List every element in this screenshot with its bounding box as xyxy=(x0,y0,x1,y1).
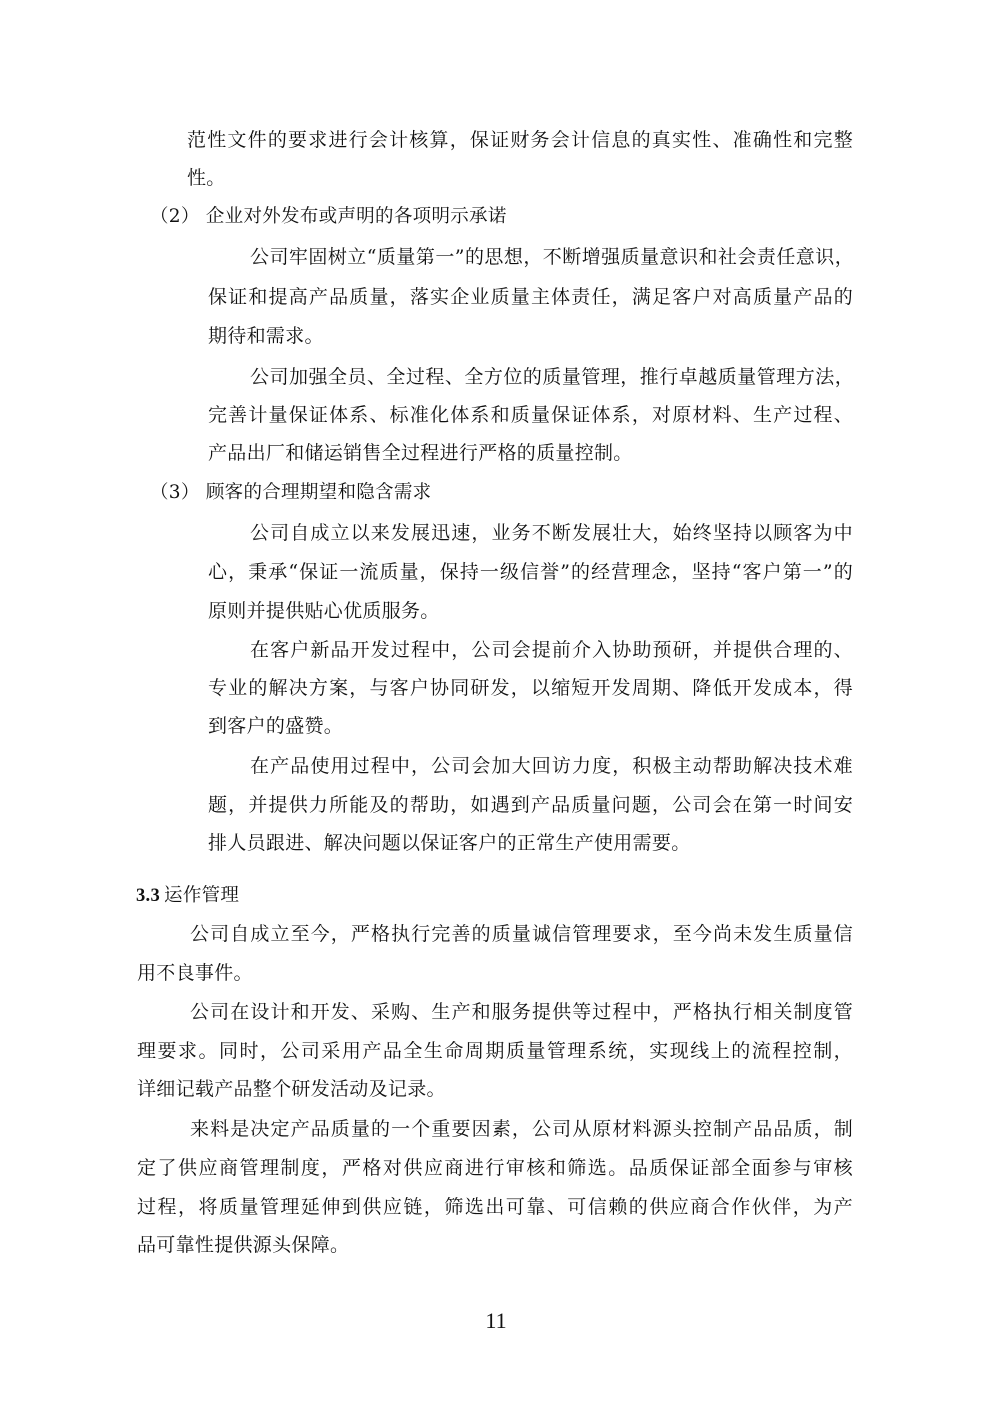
paragraph-line: 公司在设计和开发、采购、生产和服务提供等过程中，严格执行相关制度管 xyxy=(190,1000,853,1024)
page-number: 11 xyxy=(0,1308,992,1334)
paragraph-line: 原则并提供贴心优质服务。 xyxy=(208,599,440,623)
paragraph-line: 完善计量保证体系、标准化体系和质量保证体系，对原材料、生产过程、 xyxy=(208,403,853,427)
paragraph-line: 范性文件的要求进行会计核算，保证财务会计信息的真实性、准确性和完整 xyxy=(187,128,853,152)
paragraph-line: 定了供应商管理制度，严格对供应商进行审核和筛选。品质保证部全面参与审核 xyxy=(137,1156,853,1180)
paragraph-line: 性。 xyxy=(187,166,226,190)
paragraph-line: 排人员跟进、解决问题以保证客户的正常生产使用需要。 xyxy=(208,831,691,855)
section-title: 运作管理 xyxy=(164,885,239,906)
paragraph-line: 用不良事件。 xyxy=(137,961,253,985)
paragraph-line: 公司自成立至今，严格执行完善的质量诚信管理要求，至今尚未发生质量信 xyxy=(190,922,853,946)
item-2-heading: （2） 企业对外发布或声明的各项明示承诺 xyxy=(150,205,507,229)
paragraph-line: 产品出厂和储运销售全过程进行严格的质量控制。 xyxy=(208,441,633,465)
paragraph-line: 题，并提供力所能及的帮助，如遇到产品质量问题，公司会在第一时间安 xyxy=(208,793,853,817)
paragraph-line: 品可靠性提供源头保障。 xyxy=(137,1233,349,1257)
paragraph-line: 公司加强全员、全过程、全方位的质量管理，推行卓越质量管理方法， xyxy=(250,365,854,389)
paragraph-line: 公司牢固树立“质量第一”的思想，不断增强质量意识和社会责任意识， xyxy=(250,245,854,269)
paragraph-line: 过程，将质量管理延伸到供应链，筛选出可靠、可信赖的供应商合作伙伴，为产 xyxy=(137,1195,853,1219)
paragraph-line: 详细记载产品整个研发活动及记录。 xyxy=(137,1077,446,1101)
paragraph-line: 心，秉承“保证一流质量，保持一级信誉”的经营理念，坚持“客户第一”的 xyxy=(208,560,853,584)
paragraph-line: 保证和提高产品质量，落实企业质量主体责任，满足客户对高质量产品的 xyxy=(208,285,853,309)
item-3-heading: （3） 顾客的合理期望和隐含需求 xyxy=(150,481,431,505)
paragraph-line: 到客户的盛赞。 xyxy=(208,714,343,738)
paragraph-line: 在产品使用过程中，公司会加大回访力度，积极主动帮助解决技术难 xyxy=(250,754,853,778)
paragraph-line: 专业的解决方案，与客户协同研发，以缩短开发周期、降低开发成本，得 xyxy=(208,676,853,700)
paragraph-line: 在客户新品开发过程中，公司会提前介入协助预研，并提供合理的、 xyxy=(250,638,853,662)
paragraph-line: 公司自成立以来发展迅速，业务不断发展壮大，始终坚持以顾客为中 xyxy=(250,521,853,545)
paragraph-line: 理要求。同时，公司采用产品全生命周期质量管理系统，实现线上的流程控制， xyxy=(137,1039,853,1063)
section-number: 3.3 xyxy=(136,886,160,906)
section-3-3-heading: 3.3运作管理 xyxy=(136,884,239,908)
paragraph-line: 期待和需求。 xyxy=(208,324,324,348)
paragraph-line: 来料是决定产品质量的一个重要因素，公司从原材料源头控制产品品质，制 xyxy=(190,1117,853,1141)
